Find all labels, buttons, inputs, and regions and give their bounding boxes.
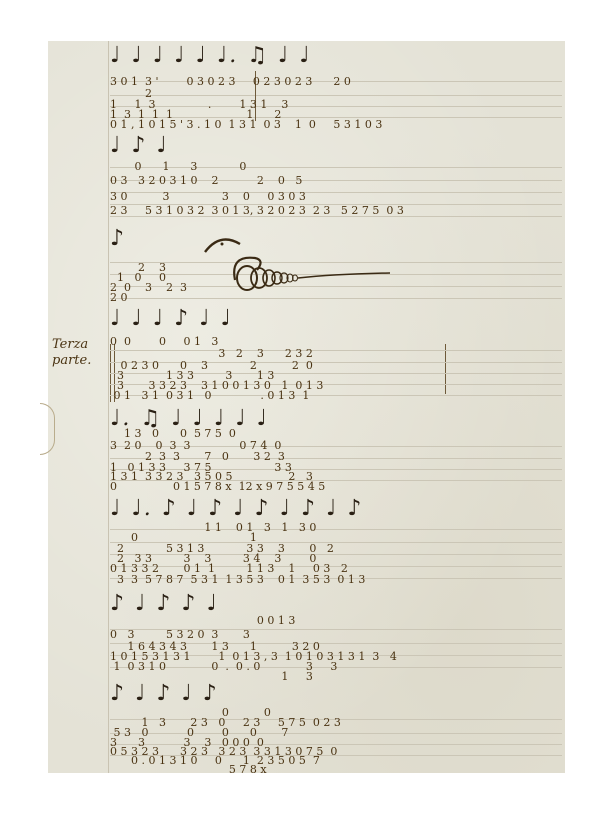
binding-hole — [40, 403, 55, 455]
tab-row: 0 0 1 5 7 8 x 12 x 9 7 5 5 4 5 — [110, 481, 325, 492]
rhythm-signs: ♩ ♩. ♪ ♩ ♪ ♩ ♪ ♩ ♪ ♩ ♪ — [110, 498, 363, 520]
rhythm-signs: ♩ ♩ ♩ ♩ ♩ ♩. ♫ ♩ ♩ — [110, 45, 312, 67]
margin-rule — [108, 41, 109, 773]
fermata-flourish-icon — [195, 230, 405, 300]
tab-row: 3 3 5 7 8 7 5 3 1 1 3 5 3 0 1 3 5 3 0 1 … — [110, 574, 365, 585]
tablature-system-6: ♩ ♩. ♪ ♩ ♪ ♩ ♪ ♩ ♪ ♩ ♪ 1 1 0 1 3 1 3 0 0… — [110, 496, 562, 596]
tab-row: 5 7 8 x — [110, 764, 267, 775]
tab-row: 0 1 3 0 — [110, 161, 246, 172]
tablature-system-7: ♪ ♩ ♪ ♪ ♩ 0 0 1 3 0 3 5 3 2 0 3 3 1 6 4 … — [110, 591, 562, 681]
tab-row: 3 2 3 2 3 2 — [110, 348, 313, 359]
manuscript-page: Terza parte. ♩ ♩ ♩ ♩ ♩ ♩. ♫ ♩ ♩ 3 0 1 3 … — [48, 41, 565, 773]
tab-row: 1 3 0 0 5 7 5 0 — [110, 428, 236, 439]
tab-row: 2 0 — [110, 292, 128, 303]
tablature-system-8: ♪ ♩ ♪ ♩ ♪ 0 0 1 3 2 3 0 2 3 5 7 5 0 2 3 … — [110, 681, 562, 773]
tablature-system-1: ♩ ♩ ♩ ♩ ♩ ♩. ♫ ♩ ♩ 3 0 1 3 ' 0 3 0 2 3 0… — [110, 43, 562, 133]
rhythm-signs: ♪ — [110, 228, 126, 250]
tab-row: 0 3 5 3 2 0 3 3 — [110, 629, 250, 640]
tab-row: 2 3 5 3 1 0 3 2 3 0 1 3, 3 2 0 2 3 2 3 5… — [110, 205, 404, 216]
tab-row: 0 0 0 0 1 3 — [110, 336, 218, 347]
tab-row: 0 1 , 1 0 1 5 ' 3 . 1 0 1 3 1 0 3 1 0 5 … — [110, 119, 382, 130]
tablature-system-5: ♩. ♫ ♩ ♩ ♩ ♩ ♩ 1 3 0 0 5 7 5 0 3 2 0 0 3… — [110, 406, 562, 496]
tab-row: 3 0 1 3 ' 0 3 0 2 3 0 2 3 0 2 3 2 0 — [110, 76, 351, 87]
tablature-system-4-terza-parte: ♩ ♩ ♩ ♪ ♩ ♩ 0 0 0 0 1 3 3 2 3 2 3 2 0 2 … — [110, 306, 562, 406]
tab-row: 0 1 3 1 0 3 1 0 . 0 1 3 1 — [110, 390, 309, 401]
tab-row: 3 0 3 3 0 0 3 0 3 — [110, 191, 306, 202]
tablature-system-2: ♩ ♪ ♩ 0 1 3 0 0 3 3 2 0 3 1 0 2 2 0 5 3 … — [110, 133, 562, 223]
rhythm-signs: ♪ ♩ ♪ ♩ ♪ — [110, 683, 219, 705]
marginal-note-terza-parte: Terza parte. — [52, 337, 106, 369]
rhythm-signs: ♩ ♪ ♩ — [110, 135, 169, 157]
rhythm-signs: ♩ ♩ ♩ ♪ ♩ ♩ — [110, 308, 233, 330]
barline — [445, 344, 446, 394]
tab-row: 0 0 1 3 — [110, 615, 295, 626]
rhythm-signs: ♪ ♩ ♪ ♪ ♩ — [110, 593, 219, 615]
tablature-system-3: ♪ 2 3 1 0 0 2 0 3 2 3 2 0 — [110, 226, 562, 306]
tab-row: 0 3 3 2 0 3 1 0 2 2 0 5 — [110, 175, 302, 186]
